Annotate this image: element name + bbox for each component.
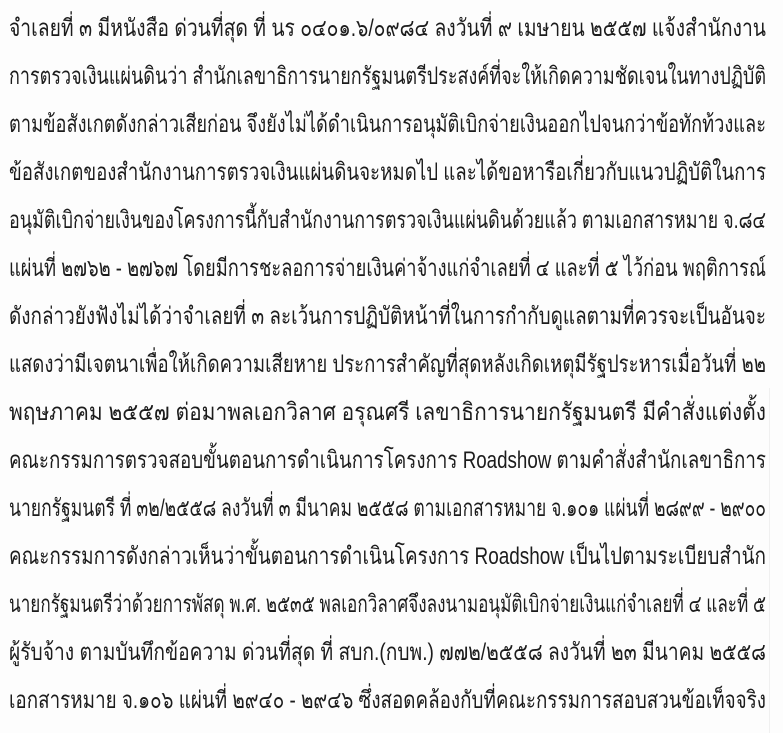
text-line: การตรวจเงินแผ่นดินว่า สำนักเลขาธิการนายก…: [9, 53, 766, 101]
text-line: อนุมัติเบิกจ่ายเงินของโครงการนี้กับสำนัก…: [9, 197, 766, 245]
text-line: แผ่นที่ ๒๗๖๒ - ๒๗๖๗ โดยมีการชะลอการจ่ายเ…: [9, 245, 766, 293]
text-line-text: แสดงว่ามีเจตนาเพื่อให้เกิดความเสียหาย ปร…: [9, 341, 766, 389]
text-line-text: แผ่นที่ ๒๗๖๒ - ๒๗๖๗ โดยมีการชะลอการจ่ายเ…: [9, 245, 766, 293]
text-line: คณะกรรมการดังกล่าวเห็นว่าขั้นตอนการดำเนิ…: [9, 533, 766, 581]
text-line-text: จำเลยที่ ๓ มีหนังสือ ด่วนที่สุด ที่ นร ๐…: [9, 5, 766, 53]
text-line-text: นายกรัฐมนตรีว่าด้วยการพัสดุ พ.ศ. ๒๕๓๕ พล…: [9, 581, 766, 629]
text-line: ดังกล่าวยังฟังไม่ได้ว่าจำเลยที่ ๓ ละเว้น…: [9, 293, 766, 341]
text-line-text: คณะกรรมการตรวจสอบขั้นตอนการดำเนินการโครง…: [9, 437, 766, 485]
text-line: จำเลยที่ ๓ มีหนังสือ ด่วนที่สุด ที่ นร ๐…: [9, 5, 766, 53]
text-line-text: ตามข้อสังเกตดังกล่าวเสียก่อน จึงยังไม่ได…: [9, 101, 766, 149]
text-line: ตามข้อสังเกตดังกล่าวเสียก่อน จึงยังไม่ได…: [9, 101, 766, 149]
text-line: ผู้รับจ้าง ตามบันทึกข้อความ ด่วนที่สุด ท…: [9, 629, 766, 677]
text-line: คณะกรรมการตรวจสอบขั้นตอนการดำเนินการโครง…: [9, 437, 766, 485]
text-line: พฤษภาคม ๒๕๕๗ ต่อมาพลเอกวิลาศ อรุณศรี เลข…: [9, 389, 766, 437]
text-line-text: การตรวจเงินแผ่นดินว่า สำนักเลขาธิการนายก…: [9, 53, 766, 101]
text-line-text: ผู้รับจ้าง ตามบันทึกข้อความ ด่วนที่สุด ท…: [9, 629, 766, 677]
text-line-text: คณะกรรมการดังกล่าวเห็นว่าขั้นตอนการดำเนิ…: [9, 533, 766, 581]
text-line-text: อนุมัติเบิกจ่ายเงินของโครงการนี้กับสำนัก…: [9, 197, 766, 245]
text-line: นายกรัฐมนตรี ที่ ๓๒/๒๕๕๘ ลงวันที่ ๓ มีนา…: [9, 485, 766, 533]
text-line-text: ดังกล่าวยังฟังไม่ได้ว่าจำเลยที่ ๓ ละเว้น…: [9, 293, 766, 341]
document-page: จำเลยที่ ๓ มีหนังสือ ด่วนที่สุด ที่ นร ๐…: [0, 0, 783, 733]
text-line-text: นายกรัฐมนตรี ที่ ๓๒/๒๕๕๘ ลงวันที่ ๓ มีนา…: [9, 485, 766, 533]
text-line-text: พฤษภาคม ๒๕๕๗ ต่อมาพลเอกวิลาศ อรุณศรี เลข…: [9, 389, 766, 437]
text-line: เอกสารหมาย จ.๑๐๖ แผ่นที่ ๒๙๔๐ - ๒๙๔๖ ซึ่…: [9, 677, 766, 725]
scan-edge-shadow: [769, 388, 770, 733]
text-line: ข้อสังเกตของสำนักงานการตรวจเงินแผ่นดินจะ…: [9, 149, 766, 197]
text-line: นายกรัฐมนตรีว่าด้วยการพัสดุ พ.ศ. ๒๕๓๕ พล…: [9, 581, 766, 629]
text-line: แสดงว่ามีเจตนาเพื่อให้เกิดความเสียหาย ปร…: [9, 341, 766, 389]
text-line-text: เอกสารหมาย จ.๑๐๖ แผ่นที่ ๒๙๔๐ - ๒๙๔๖ ซึ่…: [9, 677, 766, 725]
text-line-text: ข้อสังเกตของสำนักงานการตรวจเงินแผ่นดินจะ…: [9, 149, 766, 197]
